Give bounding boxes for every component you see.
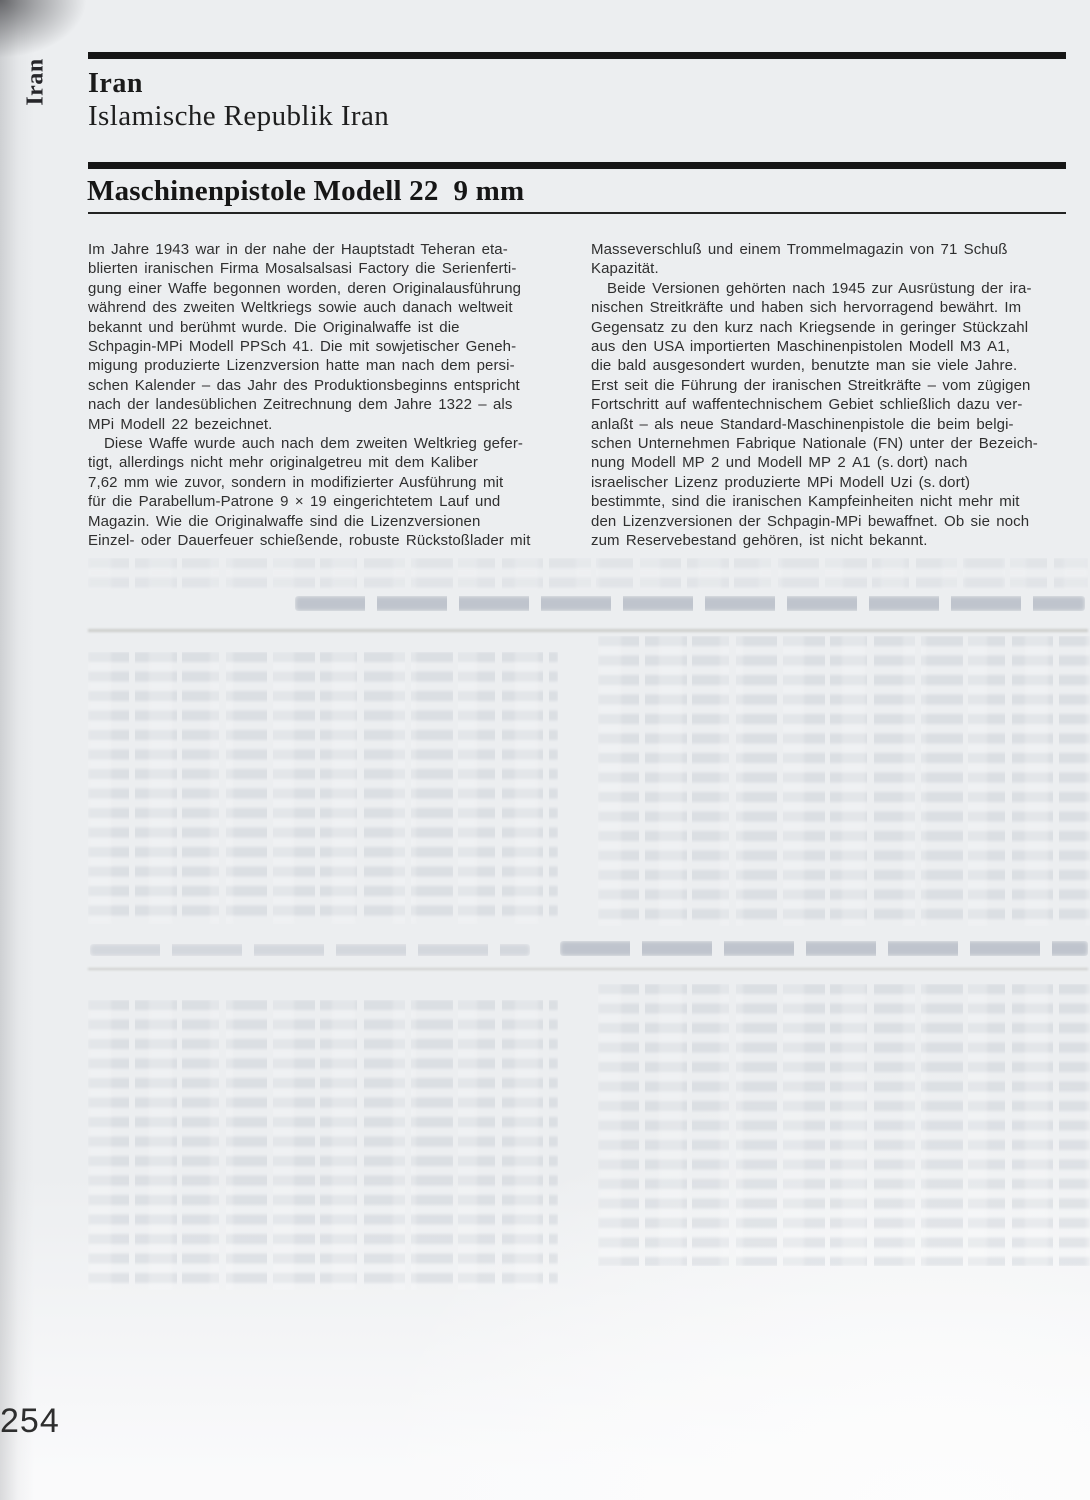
bleed-through-lines bbox=[88, 652, 558, 924]
text-line: Magazin. Wie die Originalwaffe sind die … bbox=[88, 512, 566, 531]
scanned-book-page: Iran Iran Islamische Republik Iran Masch… bbox=[0, 0, 1090, 1500]
bleed-through-heading bbox=[560, 941, 1088, 956]
header-middle-rule bbox=[88, 162, 1066, 169]
article-column-right: Masseverschluß und einem Trommelmagazin … bbox=[591, 240, 1075, 551]
bleed-through-lines bbox=[598, 984, 1090, 1266]
text-line: israelischer Lizenz produzierte MPi Mode… bbox=[591, 473, 1075, 492]
bleed-through-lines bbox=[88, 1000, 558, 1290]
text-line: gung einer Waffe begonnen worden, deren … bbox=[88, 279, 566, 298]
country-name: Iran bbox=[88, 68, 143, 100]
text-line: Im Jahre 1943 war in der nahe der Haupts… bbox=[88, 240, 566, 259]
bleed-through-rule bbox=[88, 629, 1088, 632]
header-top-rule bbox=[88, 52, 1066, 59]
text-line: aus den USA importierten Maschinenpistol… bbox=[591, 337, 1075, 356]
text-line: migung produzierte Lizenzversion hatte m… bbox=[88, 356, 566, 375]
text-line: schen Kalender – das Jahr des Produktion… bbox=[88, 376, 566, 395]
text-line: Diese Waffe wurde auch nach dem zweiten … bbox=[88, 434, 566, 453]
bleed-through-rule bbox=[88, 968, 1088, 970]
text-line: während des zweiten Weltkriegs sowie auc… bbox=[88, 298, 566, 317]
text-line: Kapazität. bbox=[591, 259, 1075, 278]
text-line: anlaßt – als neue Standard-Maschinenpist… bbox=[591, 415, 1075, 434]
text-line: Masseverschluß und einem Trommelmagazin … bbox=[591, 240, 1075, 259]
text-line: blierten iranischen Firma Mosalsalsasi F… bbox=[88, 259, 566, 278]
text-line: den Lizenzversionen der Schpagin-MPi bew… bbox=[591, 512, 1075, 531]
text-line: Schpagin-MPi Modell PPSch 41. Die mit so… bbox=[88, 337, 566, 356]
text-line: Gegensatz zu den kurz nach Kriegsende in… bbox=[591, 318, 1075, 337]
text-line: die bald ausgesondert wurden, benutzte m… bbox=[591, 356, 1075, 375]
text-line: für die Parabellum-Patrone 9 × 19 einger… bbox=[88, 492, 566, 511]
text-line: nung Modell MP 2 und Modell MP 2 A1 (s. … bbox=[591, 453, 1075, 472]
page-number: 254 bbox=[0, 1402, 60, 1441]
bleed-through-lines bbox=[88, 558, 1088, 590]
bleed-through-heading bbox=[295, 596, 1085, 611]
country-full-name: Islamische Republik Iran bbox=[88, 100, 389, 133]
margin-country-label: Iran bbox=[23, 58, 50, 105]
text-line: Beide Versionen gehörten nach 1945 zur A… bbox=[591, 279, 1075, 298]
text-line: Erst seit die Führung der iranischen Str… bbox=[591, 376, 1075, 395]
text-line: Fortschritt auf waffentechnischem Gebiet… bbox=[591, 395, 1075, 414]
bleed-through-heading bbox=[90, 944, 530, 956]
text-line: nach der landesüblichen Zeitrechnung dem… bbox=[88, 395, 566, 414]
article-column-left: Im Jahre 1943 war in der nahe der Haupts… bbox=[88, 240, 566, 551]
text-line: Einzel- oder Dauerfeuer schießende, robu… bbox=[88, 531, 566, 550]
text-line: schen Unternehmen Fabrique Nationale (FN… bbox=[591, 434, 1075, 453]
text-line: zum Reservebestand gehören, ist nicht be… bbox=[591, 531, 1075, 550]
text-line: MPi Modell 22 bezeichnet. bbox=[88, 415, 566, 434]
text-line: nischen Streitkräfte und haben sich herv… bbox=[591, 298, 1075, 317]
text-line: tigt, allerdings nicht mehr originalgetr… bbox=[88, 453, 566, 472]
title-underline-rule bbox=[88, 212, 1066, 214]
text-line: 7,62 mm wie zuvor, sondern in modifizier… bbox=[88, 473, 566, 492]
article-title: Maschinenpistole Modell 22 9 mm bbox=[87, 175, 524, 208]
text-line: bestimmte, sind die iranischen Kampfeinh… bbox=[591, 492, 1075, 511]
text-line: bekannt und berühmt wurde. Die Originalw… bbox=[88, 318, 566, 337]
bleed-through-lines bbox=[598, 636, 1090, 926]
